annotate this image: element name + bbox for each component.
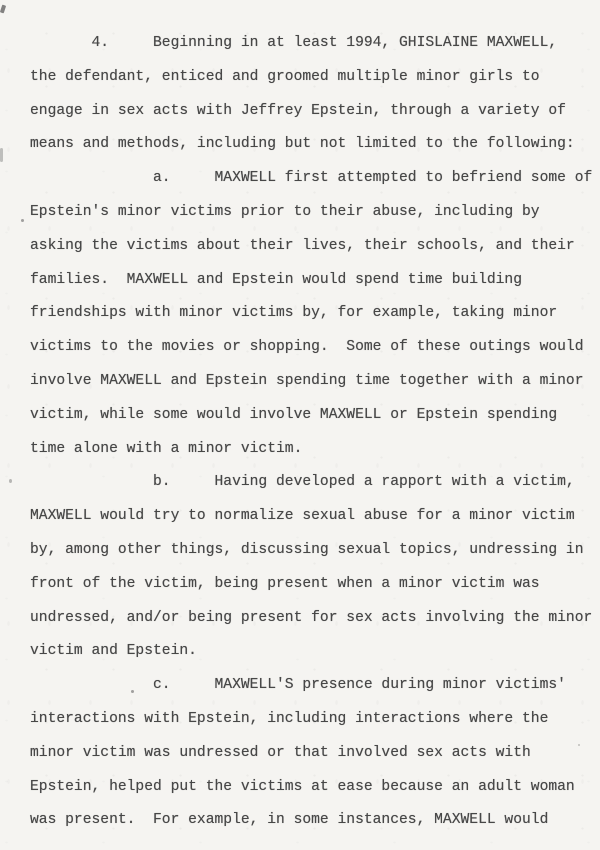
typewritten-text-block: 4. Beginning in at least 1994, GHISLAINE… [30,27,600,838]
text-line: Epstein, helped put the victims at ease … [30,771,600,805]
text-line: minor victim was undressed or that invol… [30,737,600,771]
document-page: 4. Beginning in at least 1994, GHISLAINE… [0,0,600,850]
text-line: interactions with Epstein, including int… [30,703,600,737]
text-line: by, among other things, discussing sexua… [30,534,600,568]
text-line: front of the victim, being present when … [30,568,600,602]
text-line: victim and Epstein. [30,635,600,669]
text-line: was present. For example, in some instan… [30,804,600,838]
scan-artifact-mark [0,148,3,162]
text-line: families. MAXWELL and Epstein would spen… [30,264,600,298]
text-line: engage in sex acts with Jeffrey Epstein,… [30,95,600,129]
text-line: 4. Beginning in at least 1994, GHISLAINE… [30,27,600,61]
text-line: Epstein's minor victims prior to their a… [30,196,600,230]
text-line: the defendant, enticed and groomed multi… [30,61,600,95]
scan-artifact-mark [0,5,6,14]
text-line: friendships with minor victims by, for e… [30,297,600,331]
scan-artifact-mark [21,219,24,222]
text-line: means and methods, including but not lim… [30,128,600,162]
text-line: b. Having developed a rapport with a vic… [30,466,600,500]
text-line: time alone with a minor victim. [30,433,600,467]
text-line: involve MAXWELL and Epstein spending tim… [30,365,600,399]
text-line: victim, while some would involve MAXWELL… [30,399,600,433]
text-line: c. MAXWELL'S presence during minor victi… [30,669,600,703]
text-line: asking the victims about their lives, th… [30,230,600,264]
scan-artifact-mark [9,479,12,483]
text-line: a. MAXWELL first attempted to befriend s… [30,162,600,196]
text-line: victims to the movies or shopping. Some … [30,331,600,365]
text-line: undressed, and/or being present for sex … [30,602,600,636]
text-line: MAXWELL would try to normalize sexual ab… [30,500,600,534]
